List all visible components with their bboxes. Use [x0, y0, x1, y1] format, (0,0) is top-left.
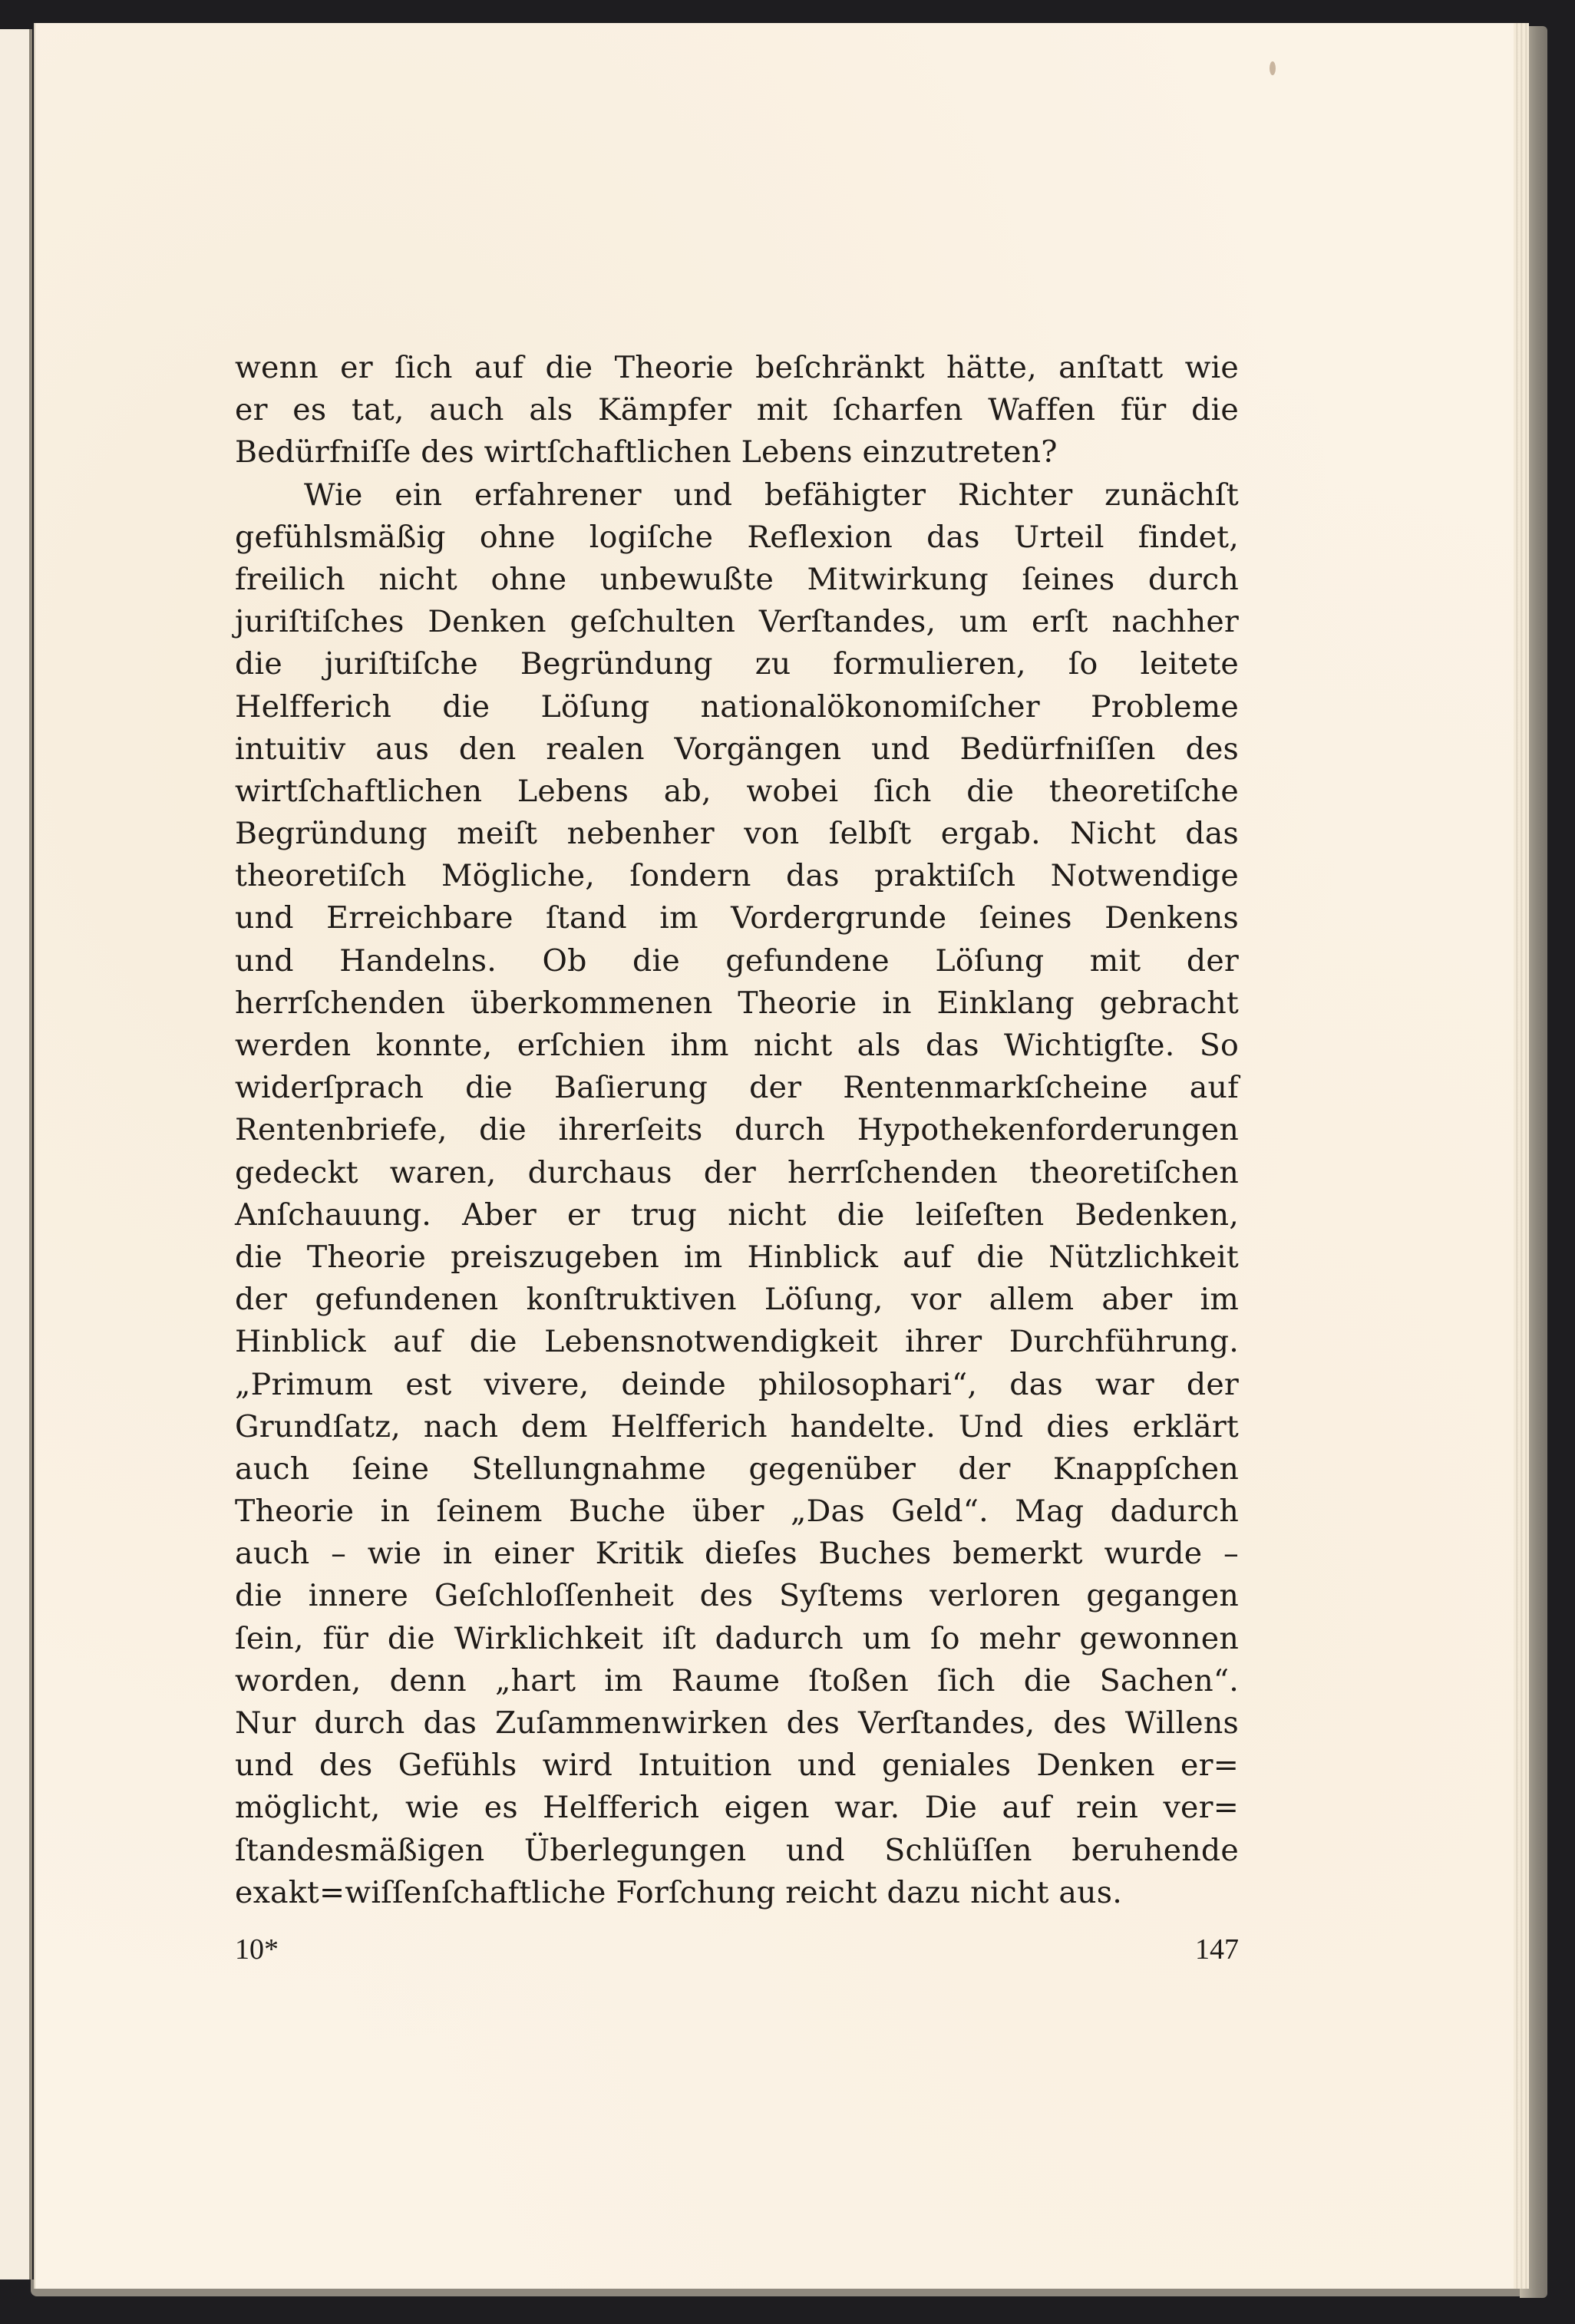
text-line: ſein, für die Wirklichkeit iſt dadurch u… — [235, 1618, 1239, 1660]
text-line: widerſprach die Baſierung der Rentenmark… — [235, 1067, 1239, 1109]
text-line: gefühlsmäßig ohne logiſche Reflexion das… — [235, 517, 1239, 559]
text-line: Anſchauung. Aber er trug nicht die leiſe… — [235, 1194, 1239, 1236]
paragraph-start-line: Wie ein erfahrener und befähigter Richte… — [235, 474, 1239, 517]
text-line: auch – wie in einer Kritik dieſes Buches… — [235, 1533, 1239, 1575]
text-line: er es tat, auch als Kämpfer mit ſcharfen… — [235, 389, 1239, 431]
text-line: Bedürfniſſe des wirtſchaftlichen Lebens … — [235, 431, 1239, 474]
text-line: möglicht, wie es Helfferich eigen war. D… — [235, 1787, 1239, 1829]
text-line: wenn er ſich auf die Theorie beſchränkt … — [235, 347, 1239, 389]
page-footer: 10* 147 — [235, 1933, 1239, 1971]
text-line: die Theorie preiszugeben im Hinblick auf… — [235, 1236, 1239, 1279]
signature-mark: 10* — [235, 1933, 279, 1966]
text-line: Begründung meiſt nebenher von ſelbſt erg… — [235, 813, 1239, 855]
text-line: wirtſchaftlichen Lebens ab, wobei ſich d… — [235, 771, 1239, 813]
book-page: wenn er ſich auf die Theorie beſchränkt … — [34, 23, 1529, 2289]
text-line: und des Gefühls wird Intuition und genia… — [235, 1745, 1239, 1787]
text-line: die juriſtiſche Begründung zu formuliere… — [235, 643, 1239, 685]
text-line: die innere Geſchloſſenheit des Syſtems v… — [235, 1575, 1239, 1617]
text-line: Theorie in ſeinem Buche über „Das Geld“.… — [235, 1490, 1239, 1533]
text-line: Nur durch das Zuſammenwirken des Verſtan… — [235, 1702, 1239, 1745]
text-line: „Primum est vivere, deinde philosophari“… — [235, 1364, 1239, 1406]
text-line: Grundſatz, nach dem Helfferich handelte.… — [235, 1406, 1239, 1448]
page-fore-edge — [1514, 23, 1529, 2289]
text-line: juriſtiſches Denken geſchulten Verſtande… — [235, 601, 1239, 643]
text-line: exakt=wiſſenſchaftliche Forſchung reicht… — [235, 1872, 1239, 1914]
text-line: gedeckt waren, durchaus der herrſchenden… — [235, 1152, 1239, 1194]
text-line: freilich nicht ohne unbewußte Mitwirkung… — [235, 559, 1239, 601]
text-line: herrſchenden überkommenen Theorie in Ein… — [235, 982, 1239, 1025]
facing-page-edge — [0, 29, 32, 2279]
text-line: Rentenbriefe, die ihrerſeits durch Hypot… — [235, 1109, 1239, 1151]
text-line: worden, denn „hart im Raume ſtoßen ſich … — [235, 1660, 1239, 1702]
text-line: Helfferich die Löſung nationalökonomiſch… — [235, 686, 1239, 728]
body-text: wenn er ſich auf die Theorie beſchränkt … — [235, 347, 1239, 1914]
text-line: der gefundenen konſtruktiven Löſung, vor… — [235, 1279, 1239, 1321]
page-number: 147 — [1195, 1933, 1239, 1966]
text-line: theoretiſch Mögliche, ſondern das prakti… — [235, 855, 1239, 897]
text-line: Hinblick auf die Lebensnotwendigkeit ihr… — [235, 1321, 1239, 1363]
text-line: und Erreichbare ſtand im Vordergrunde ſe… — [235, 897, 1239, 939]
text-line: ſtandesmäßigen Überlegungen und Schlüſſe… — [235, 1830, 1239, 1872]
text-line: werden konnte, erſchien ihm nicht als da… — [235, 1025, 1239, 1067]
paper-speck — [1270, 61, 1276, 75]
text-line: intuitiv aus den realen Vorgängen und Be… — [235, 728, 1239, 771]
text-line: und Handelns. Ob die gefundene Löſung mi… — [235, 940, 1239, 982]
text-line: auch ſeine Stellungnahme gegenüber der K… — [235, 1448, 1239, 1490]
